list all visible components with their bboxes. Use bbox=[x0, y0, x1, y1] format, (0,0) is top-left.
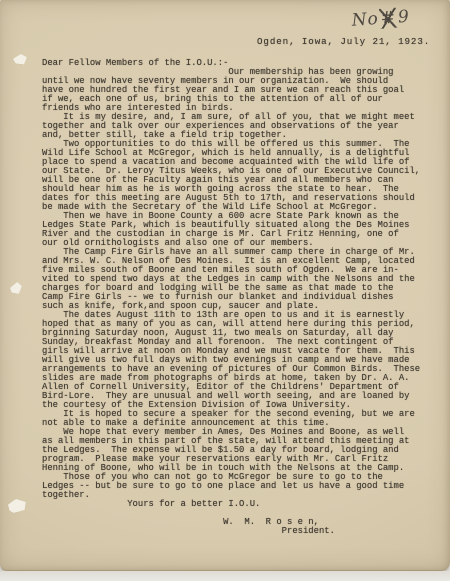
annotation-number: 9 bbox=[397, 7, 410, 28]
letter-dateline: Ogden, Iowa, July 21, 1923. bbox=[257, 36, 430, 47]
scanner-bed-edge bbox=[0, 571, 450, 581]
letter-body: Dear Fellow Members of the I.O.U.:- Our … bbox=[42, 59, 442, 536]
scanned-letter-page: No#9 Ogden, Iowa, July 21, 1923. Dear Fe… bbox=[0, 0, 450, 581]
annotation-struck-mark: # bbox=[379, 8, 398, 29]
annotation-prefix: No bbox=[351, 9, 379, 31]
